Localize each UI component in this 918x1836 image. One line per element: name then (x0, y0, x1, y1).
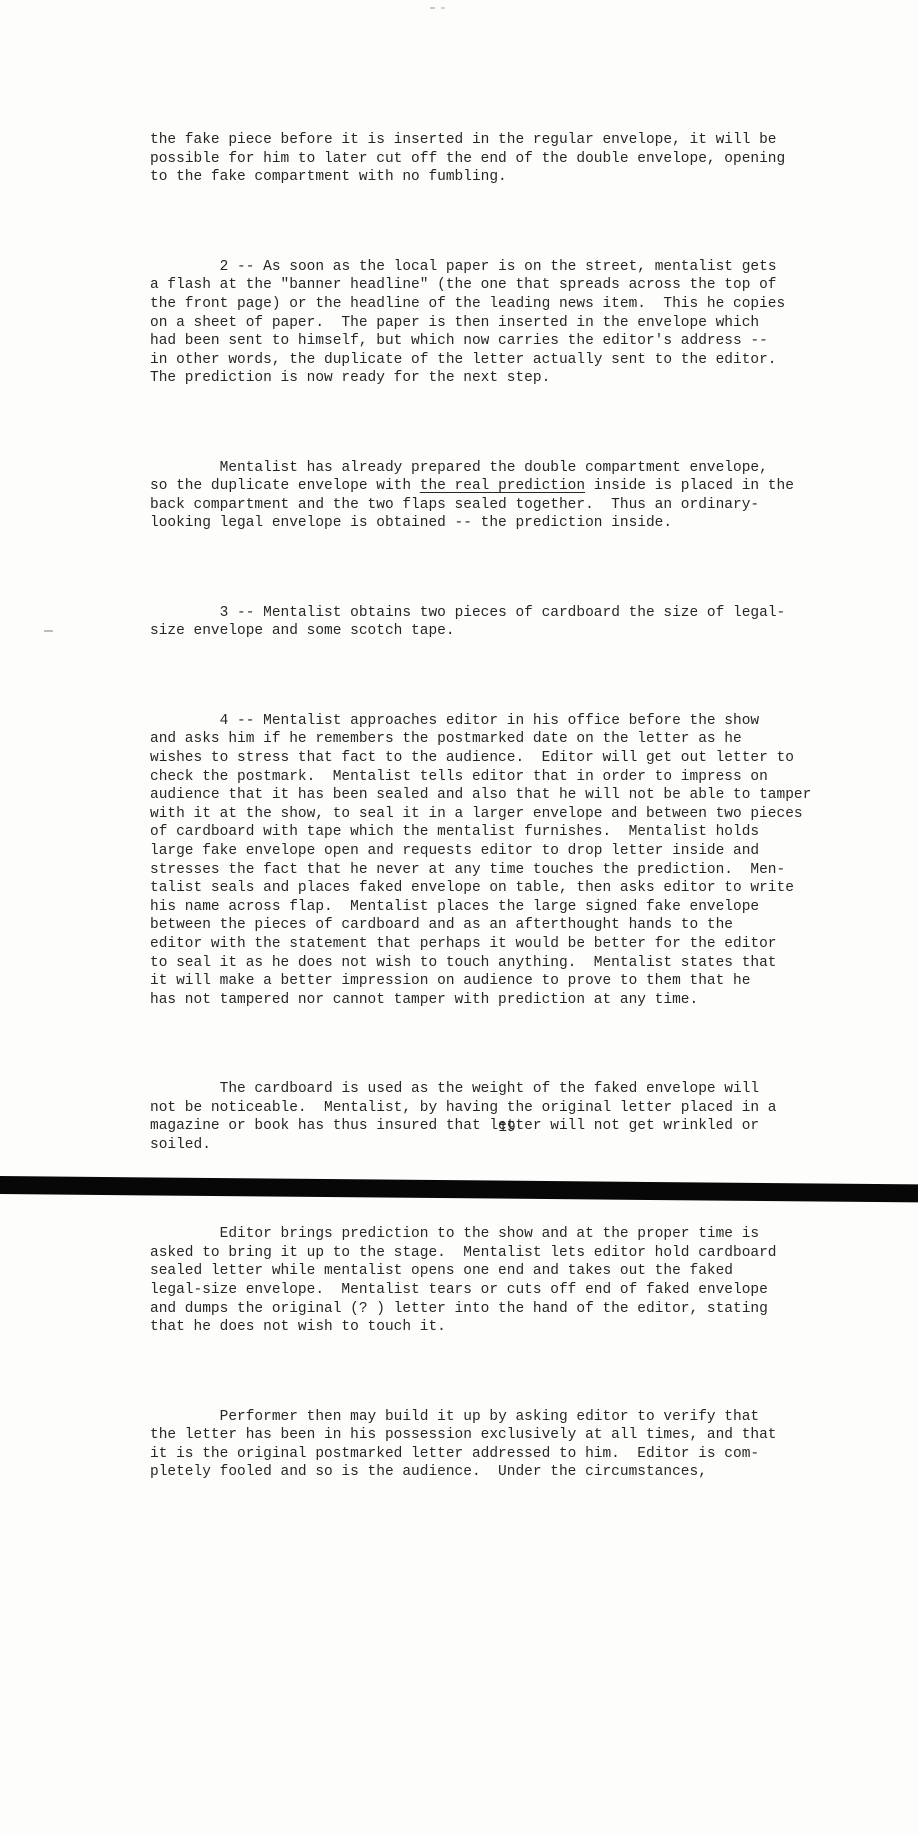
paragraph-continuation: the fake piece before it is inserted in … (150, 131, 850, 187)
paragraph-performer-buildup: Performer then may build it up by asking… (150, 1408, 850, 1482)
paragraph-cardboard: The cardboard is used as the weight of t… (150, 1080, 850, 1154)
page-number: 19 (498, 1120, 515, 1136)
paragraph-step-3: 3 -- Mentalist obtains two pieces of car… (150, 604, 850, 641)
paragraph-double-envelope: Mentalist has already prepared the doubl… (150, 459, 850, 533)
scan-speck (44, 630, 53, 632)
paragraph-editor-brings: Editor brings prediction to the show and… (150, 1225, 850, 1337)
page-body-text: the fake piece before it is inserted in … (150, 94, 850, 1519)
paragraph-step-4: 4 -- Mentalist approaches editor in his … (150, 712, 850, 1010)
scan-speck (430, 7, 435, 9)
paragraph-step-2: 2 -- As soon as the local paper is on th… (150, 258, 850, 388)
scan-speck (441, 7, 445, 9)
underlined-phrase: the real prediction (420, 478, 585, 494)
scanned-document-page: the fake piece before it is inserted in … (0, 0, 918, 1836)
